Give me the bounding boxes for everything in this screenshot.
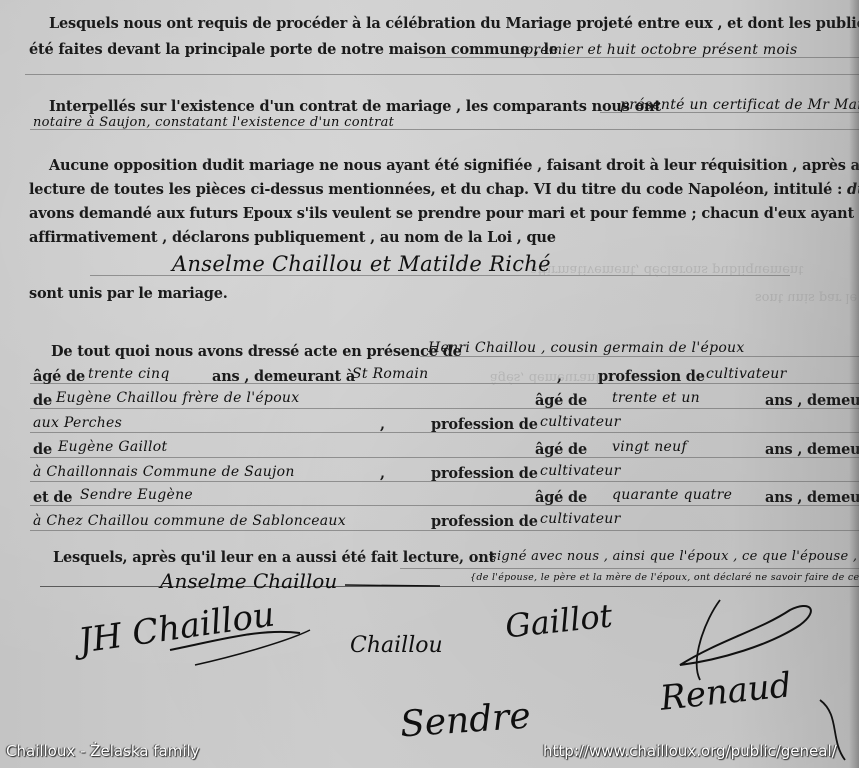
marriage-record-page: affirmativement, déclarons publiquement … (0, 0, 859, 768)
watermark-left: Chailloux - Żelaska family (6, 742, 200, 760)
page-edge-shadow (849, 0, 859, 768)
watermark-right: http://www.chailloux.org/public/geneal/ (543, 742, 837, 760)
signature-flourishes (0, 0, 859, 768)
